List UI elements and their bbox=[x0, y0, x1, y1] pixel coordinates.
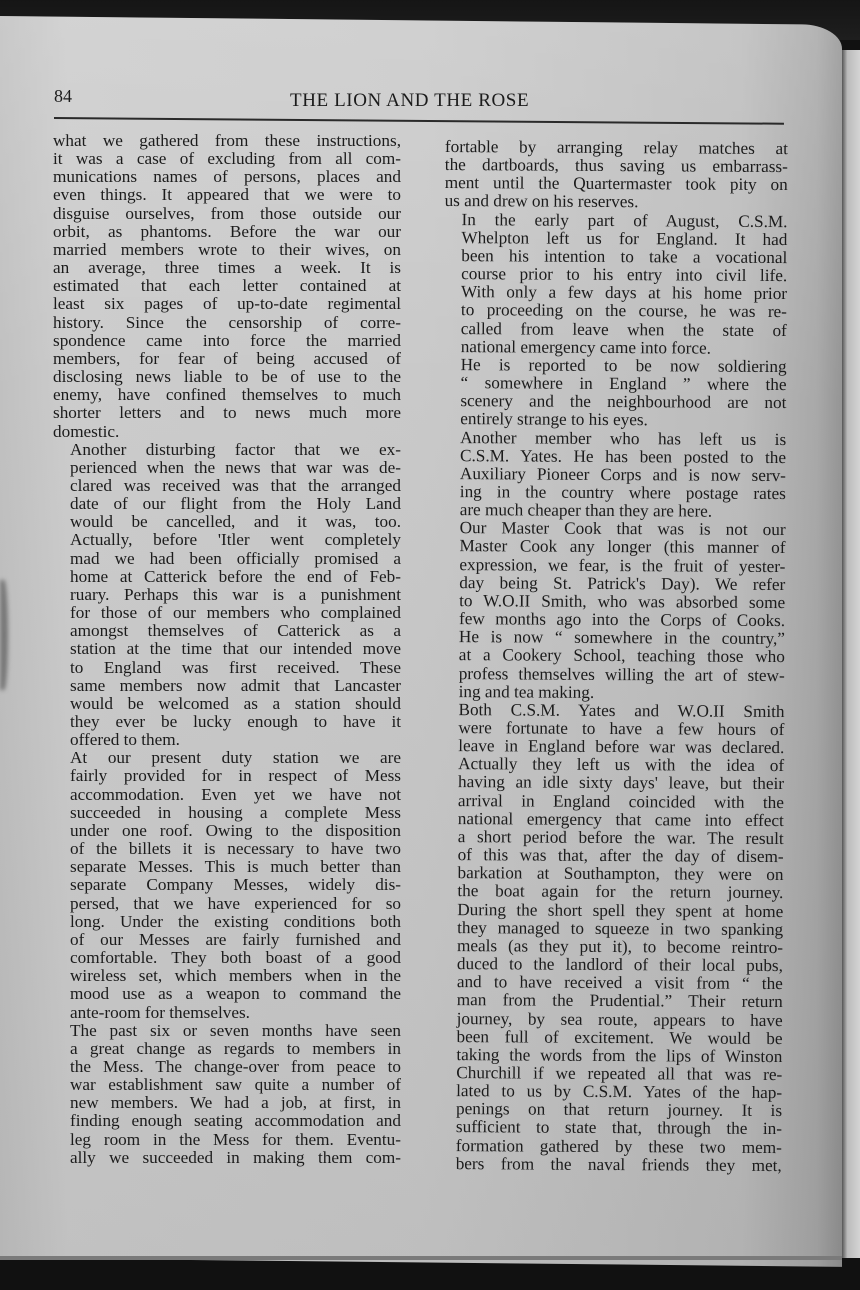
text-line: The past six or seven months have seen bbox=[53, 1022, 401, 1040]
page-header: 84 THE LION AND THE ROSE bbox=[54, 86, 782, 116]
text-line: home at Catterick before the end of Feb- bbox=[53, 568, 401, 586]
text-line: Another disturbing factor that we ex- bbox=[53, 441, 401, 459]
paragraph: At our present duty station we arefairly… bbox=[53, 749, 401, 1021]
text-line: ante-room for themselves. bbox=[53, 1004, 401, 1022]
paragraph: The past six or seven months have seena … bbox=[53, 1022, 401, 1167]
paragraph: fortable by arranging relay matches atth… bbox=[445, 138, 788, 213]
text-line: a great change as regards to members in bbox=[53, 1040, 401, 1058]
text-line: war establishment saw quite a number of bbox=[53, 1076, 401, 1094]
text-line: the Mess. The change-over from peace to bbox=[53, 1058, 401, 1076]
text-line: amongst themselves of Catterick as a bbox=[53, 622, 401, 640]
text-line: under one roof. Owing to the disposition bbox=[53, 822, 401, 840]
paragraph: Both C.S.M. Yates and W.O.II Smithwere f… bbox=[439, 701, 785, 1175]
page-bottom-edge bbox=[0, 1256, 842, 1260]
text-line: persed, that we have experienced for so bbox=[53, 895, 401, 913]
text-line: leg room in the Mess for them. Eventu- bbox=[53, 1131, 401, 1149]
text-line: least six pages of up-to-date regimental bbox=[53, 295, 401, 313]
text-line: would be welcomed as a station should bbox=[53, 695, 401, 713]
text-line: domestic. bbox=[53, 423, 401, 441]
text-line: separate Company Messes, widely dis- bbox=[53, 876, 401, 894]
text-line: succeeded in housing a complete Mess bbox=[53, 804, 401, 822]
text-line: shorter letters and to news much more bbox=[53, 404, 401, 422]
paragraph: Another disturbing factor that we ex-per… bbox=[53, 441, 401, 750]
text-line: for those of our members who complained bbox=[53, 604, 401, 622]
text-line: accommodation. Even yet we have not bbox=[53, 786, 401, 804]
text-line: an average, three times a week. It is bbox=[53, 259, 401, 277]
text-line: ally we succeeded in making them com- bbox=[53, 1149, 401, 1167]
text-line: munications names of persons, places and bbox=[53, 168, 401, 186]
text-line: long. Under the existing conditions both bbox=[53, 913, 401, 931]
text-line: date of our flight from the Holy Land bbox=[53, 495, 401, 513]
text-line: same members now admit that Lancaster bbox=[53, 677, 401, 695]
adjacent-page-edge bbox=[842, 50, 860, 1258]
text-line: separate Messes. This is much better tha… bbox=[53, 858, 401, 876]
text-line: disguise ourselves, from those outside o… bbox=[53, 205, 401, 223]
text-line: to England was first received. These bbox=[53, 659, 401, 677]
text-line: comfortable. They both boast of a good bbox=[53, 949, 401, 967]
text-line: offered to them. bbox=[53, 731, 401, 749]
text-line: mad we had been officially promised a bbox=[53, 550, 401, 568]
paragraph: Our Master Cook that was is not ourMaste… bbox=[442, 519, 786, 703]
text-line: it was a case of excluding from all com- bbox=[53, 150, 401, 168]
text-line: even things. It appeared that we were to bbox=[53, 186, 401, 204]
running-head: THE LION AND THE ROSE bbox=[290, 90, 529, 112]
text-line: married members wrote to their wives, on bbox=[53, 241, 401, 259]
text-line: disclosing news liable to be of use to t… bbox=[53, 368, 401, 386]
left-column: what we gathered from these instructions… bbox=[53, 132, 401, 1167]
text-line: what we gathered from these instructions… bbox=[53, 132, 401, 150]
paragraph: He is reported to be now soldiering“ som… bbox=[443, 356, 786, 431]
paragraph: Another member who has left us isC.S.M. … bbox=[443, 428, 787, 521]
right-column: fortable by arranging relay matches atth… bbox=[439, 138, 788, 1175]
text-line: wireless set, which members when in the bbox=[53, 967, 401, 985]
page-number: 84 bbox=[54, 86, 72, 107]
text-line: clared was received was that the arrange… bbox=[53, 477, 401, 495]
text-line: orbit, as phantoms. Before the war our bbox=[53, 223, 401, 241]
text-line: would be cancelled, and it was, too. bbox=[53, 513, 401, 531]
text-line: enemy, have confined themselves to much bbox=[53, 386, 401, 404]
text-line: At our present duty station we are bbox=[53, 749, 401, 767]
text-line: members, for fear of being accused of bbox=[53, 350, 401, 368]
text-line: of our Messes are fairly furnished and bbox=[53, 931, 401, 949]
text-line: they ever be lucky enough to have it bbox=[53, 713, 401, 731]
text-line: perienced when the news that war was de- bbox=[53, 459, 401, 477]
text-line: bers from the naval friends they met, bbox=[439, 1155, 782, 1175]
text-line: fairly provided for in respect of Mess bbox=[53, 767, 401, 785]
binding-shadow bbox=[0, 580, 8, 690]
text-line: estimated that each letter contained at bbox=[53, 277, 401, 295]
paragraph: In the early part of August, C.S.M.Whelp… bbox=[444, 211, 788, 358]
text-line: finding enough seating accommodation and bbox=[53, 1112, 401, 1130]
text-line: spondence came into force the married bbox=[53, 332, 401, 350]
text-line: of the billets it is necessary to have t… bbox=[53, 840, 401, 858]
text-line: ruary. Perhaps this war is a punishment bbox=[53, 586, 401, 604]
text-line: history. Since the censorship of corre- bbox=[53, 314, 401, 332]
paragraph: what we gathered from these instructions… bbox=[53, 132, 401, 441]
text-line: new members. We had a job, at first, in bbox=[53, 1094, 401, 1112]
text-line: mood use as a weapon to command the bbox=[53, 985, 401, 1003]
text-line: Actually, before 'Itler went completely bbox=[53, 531, 401, 549]
text-line: station at the time that our intended mo… bbox=[53, 640, 401, 658]
